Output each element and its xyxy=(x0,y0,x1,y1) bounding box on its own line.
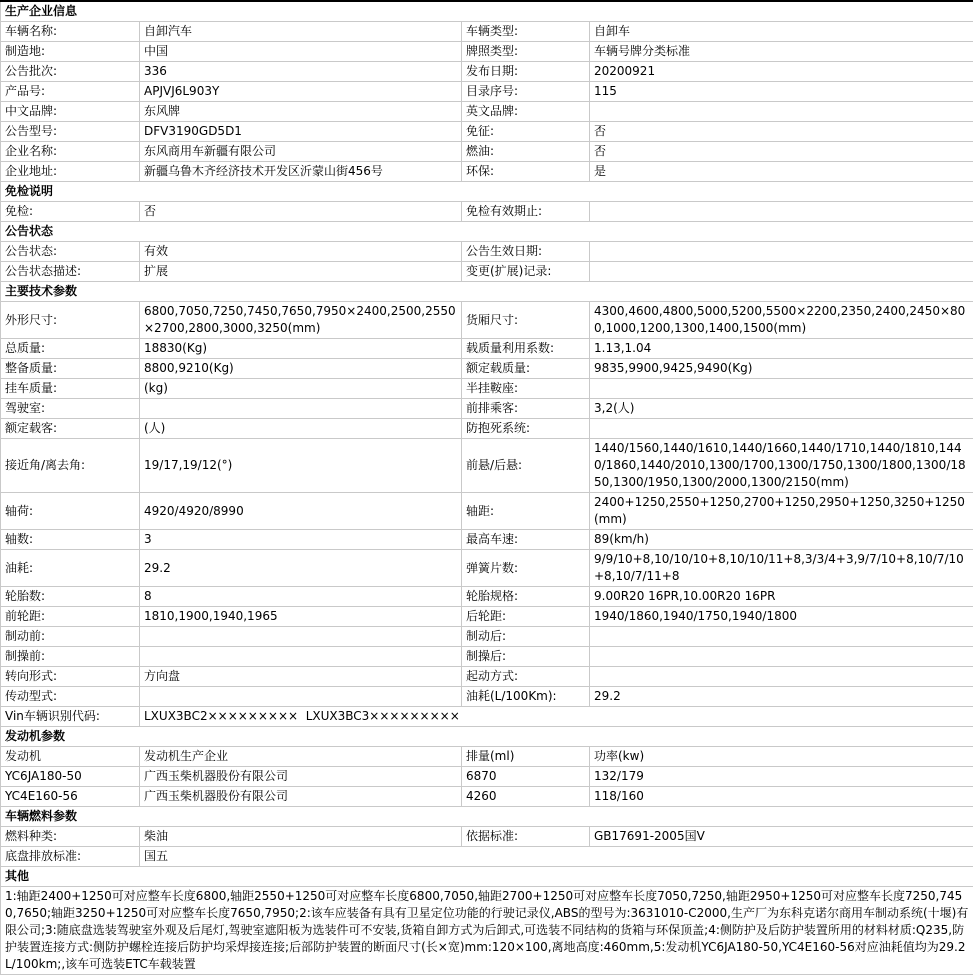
field-value: 29.2 xyxy=(590,687,973,707)
field-label: 免检有效期止: xyxy=(462,202,590,222)
table-row: 制动前:制动后: xyxy=(1,627,973,647)
table-row: 产品号:APJVJ6L903Y目录序号:115 xyxy=(1,82,973,102)
table-row: YC4E160-56广西玉柴机器股份有限公司4260118/160 xyxy=(1,787,973,807)
field-label: 底盘排放标准: xyxy=(1,847,140,867)
field-label: 总质量: xyxy=(1,339,140,359)
field-label: 中文品牌: xyxy=(1,102,140,122)
field-label: 公告状态: xyxy=(1,242,140,262)
table-row: 企业名称:东风商用车新疆有限公司燃油:否 xyxy=(1,142,973,162)
field-value xyxy=(590,102,973,122)
field-value: 336 xyxy=(140,62,462,82)
table-row: 车辆名称:自卸汽车车辆类型:自卸车 xyxy=(1,22,973,42)
field-label: 制操后: xyxy=(462,647,590,667)
field-value: 东风商用车新疆有限公司 xyxy=(140,142,462,162)
field-value: 9.00R20 16PR,10.00R20 16PR xyxy=(590,587,973,607)
field-value: 国五 xyxy=(140,847,973,867)
field-label: 制动前: xyxy=(1,627,140,647)
field-label: 后轮距: xyxy=(462,607,590,627)
field-value: 1940/1860,1940/1750,1940/1800 xyxy=(590,607,973,627)
field-label: 前排乘客: xyxy=(462,399,590,419)
field-value: 6870 xyxy=(462,767,590,787)
field-value: LXUX3BC2××××××××× LXUX3BC3××××××××× xyxy=(140,707,973,727)
field-value xyxy=(140,627,462,647)
field-value: 车辆号牌分类标准 xyxy=(590,42,973,62)
table-row: 接近角/离去角:19/17,19/12(°)前悬/后悬:1440/1560,14… xyxy=(1,439,973,493)
table-row: 中文品牌:东风牌英文品牌: xyxy=(1,102,973,122)
table-row: 轴荷:4920/4920/8990轴距:2400+1250,2550+1250,… xyxy=(1,493,973,530)
section-title: 车辆燃料参数 xyxy=(1,807,973,827)
field-label: 变更(扩展)记录: xyxy=(462,262,590,282)
field-value: 18830(Kg) xyxy=(140,339,462,359)
section-title: 免检说明 xyxy=(1,182,973,202)
table-row: 底盘排放标准:国五 xyxy=(1,847,973,867)
field-label: 轴数: xyxy=(1,530,140,550)
field-value: YC6JA180-50 xyxy=(1,767,140,787)
field-label: 公告批次: xyxy=(1,62,140,82)
field-value: 3 xyxy=(140,530,462,550)
field-label: 车辆类型: xyxy=(462,22,590,42)
vehicle-announcement-page: 生产企业信息车辆名称:自卸汽车车辆类型:自卸车制造地:中国牌照类型:车辆号牌分类… xyxy=(0,0,973,975)
column-header: 发动机 xyxy=(1,747,140,767)
vehicle-spec-table: 生产企业信息车辆名称:自卸汽车车辆类型:自卸车制造地:中国牌照类型:车辆号牌分类… xyxy=(0,0,973,975)
field-label: 免检: xyxy=(1,202,140,222)
field-label: 企业名称: xyxy=(1,142,140,162)
table-row: 公告状态描述:扩展变更(扩展)记录: xyxy=(1,262,973,282)
field-value: 否 xyxy=(590,142,973,162)
field-label: 额定载客: xyxy=(1,419,140,439)
field-value xyxy=(590,419,973,439)
field-label: 制操前: xyxy=(1,647,140,667)
table-row: 转向形式:方向盘起动方式: xyxy=(1,667,973,687)
field-label: 挂车质量: xyxy=(1,379,140,399)
field-value: 否 xyxy=(140,202,462,222)
field-value: 8800,9210(Kg) xyxy=(140,359,462,379)
field-value: 自卸车 xyxy=(590,22,973,42)
field-label: 免征: xyxy=(462,122,590,142)
field-label: 制造地: xyxy=(1,42,140,62)
field-label: 燃油: xyxy=(462,142,590,162)
field-value: 6800,7050,7250,7450,7650,7950×2400,2500,… xyxy=(140,302,462,339)
field-value: 4300,4600,4800,5000,5200,5500×2200,2350,… xyxy=(590,302,973,339)
field-value: 29.2 xyxy=(140,550,462,587)
field-value xyxy=(590,627,973,647)
section-title: 公告状态 xyxy=(1,222,973,242)
field-value xyxy=(590,202,973,222)
field-value: 有效 xyxy=(140,242,462,262)
field-value: 89(km/h) xyxy=(590,530,973,550)
field-value: 9/9/10+8,10/10/10+8,10/10/11+8,3/3/4+3,9… xyxy=(590,550,973,587)
field-value: 是 xyxy=(590,162,973,182)
field-value: DFV3190GD5D1 xyxy=(140,122,462,142)
field-label: 货厢尺寸: xyxy=(462,302,590,339)
section-title: 其他 xyxy=(1,867,973,887)
field-label: 轮胎数: xyxy=(1,587,140,607)
field-label: 企业地址: xyxy=(1,162,140,182)
field-label: 载质量利用系数: xyxy=(462,339,590,359)
section-header-row: 生产企业信息 xyxy=(1,1,973,22)
field-label: 车辆名称: xyxy=(1,22,140,42)
field-label: 公告生效日期: xyxy=(462,242,590,262)
other-notes: 1:轴距2400+1250可对应整车长度6800,轴距2550+1250可对应整… xyxy=(1,887,973,975)
field-value xyxy=(590,262,973,282)
table-row: 发动机发动机生产企业排量(ml)功率(kw) xyxy=(1,747,973,767)
table-row: 总质量:18830(Kg)载质量利用系数:1.13,1.04 xyxy=(1,339,973,359)
field-label: 外形尺寸: xyxy=(1,302,140,339)
table-row: 1:轴距2400+1250可对应整车长度6800,轴距2550+1250可对应整… xyxy=(1,887,973,975)
field-value xyxy=(590,667,973,687)
table-row: 驾驶室:前排乘客:3,2(人) xyxy=(1,399,973,419)
field-label: 防抱死系统: xyxy=(462,419,590,439)
table-row: 轮胎数:8轮胎规格:9.00R20 16PR,10.00R20 16PR xyxy=(1,587,973,607)
field-value: (kg) xyxy=(140,379,462,399)
field-label: 发布日期: xyxy=(462,62,590,82)
field-label: 半挂鞍座: xyxy=(462,379,590,399)
field-label: 接近角/离去角: xyxy=(1,439,140,493)
field-label: Vin车辆识别代码: xyxy=(1,707,140,727)
field-value xyxy=(590,242,973,262)
field-label: 油耗: xyxy=(1,550,140,587)
field-label: 产品号: xyxy=(1,82,140,102)
field-value xyxy=(590,379,973,399)
field-label: 轮胎规格: xyxy=(462,587,590,607)
field-label: 传动型式: xyxy=(1,687,140,707)
field-value: 否 xyxy=(590,122,973,142)
table-row: 公告批次:336发布日期:20200921 xyxy=(1,62,973,82)
field-value: APJVJ6L903Y xyxy=(140,82,462,102)
section-header-row: 免检说明 xyxy=(1,182,973,202)
table-row: 制操前:制操后: xyxy=(1,647,973,667)
field-value: 中国 xyxy=(140,42,462,62)
table-row: 企业地址:新疆乌鲁木齐经济技术开发区沂蒙山街456号环保:是 xyxy=(1,162,973,182)
table-row: 轴数:3最高车速:89(km/h) xyxy=(1,530,973,550)
field-label: 公告型号: xyxy=(1,122,140,142)
field-value: 柴油 xyxy=(140,827,462,847)
field-value: 扩展 xyxy=(140,262,462,282)
field-label: 环保: xyxy=(462,162,590,182)
field-value: 1810,1900,1940,1965 xyxy=(140,607,462,627)
field-value: 自卸汽车 xyxy=(140,22,462,42)
table-row: 整备质量:8800,9210(Kg)额定载质量:9835,9900,9425,9… xyxy=(1,359,973,379)
field-value: 东风牌 xyxy=(140,102,462,122)
field-label: 弹簧片数: xyxy=(462,550,590,587)
field-label: 公告状态描述: xyxy=(1,262,140,282)
field-label: 轴荷: xyxy=(1,493,140,530)
field-label: 牌照类型: xyxy=(462,42,590,62)
table-row: 燃料种类:柴油依据标准:GB17691-2005国Ⅴ xyxy=(1,827,973,847)
field-value: 1440/1560,1440/1610,1440/1660,1440/1710,… xyxy=(590,439,973,493)
field-label: 前悬/后悬: xyxy=(462,439,590,493)
field-value: 广西玉柴机器股份有限公司 xyxy=(140,767,462,787)
table-row: YC6JA180-50广西玉柴机器股份有限公司6870132/179 xyxy=(1,767,973,787)
field-value: 4260 xyxy=(462,787,590,807)
field-label: 最高车速: xyxy=(462,530,590,550)
section-header-row: 主要技术参数 xyxy=(1,282,973,302)
table-row: 公告状态:有效公告生效日期: xyxy=(1,242,973,262)
table-row: 前轮距:1810,1900,1940,1965后轮距:1940/1860,194… xyxy=(1,607,973,627)
field-label: 额定载质量: xyxy=(462,359,590,379)
field-label: 制动后: xyxy=(462,627,590,647)
field-label: 依据标准: xyxy=(462,827,590,847)
field-value: 3,2(人) xyxy=(590,399,973,419)
field-label: 轴距: xyxy=(462,493,590,530)
section-header-row: 公告状态 xyxy=(1,222,973,242)
table-row: 制造地:中国牌照类型:车辆号牌分类标准 xyxy=(1,42,973,62)
field-value: 19/17,19/12(°) xyxy=(140,439,462,493)
field-value: GB17691-2005国Ⅴ xyxy=(590,827,973,847)
field-label: 转向形式: xyxy=(1,667,140,687)
field-value: 新疆乌鲁木齐经济技术开发区沂蒙山街456号 xyxy=(140,162,462,182)
table-row: 油耗:29.2弹簧片数:9/9/10+8,10/10/10+8,10/10/11… xyxy=(1,550,973,587)
field-label: 燃料种类: xyxy=(1,827,140,847)
field-value: 1.13,1.04 xyxy=(590,339,973,359)
field-value: 115 xyxy=(590,82,973,102)
section-title: 生产企业信息 xyxy=(1,1,973,22)
field-label: 英文品牌: xyxy=(462,102,590,122)
field-value: YC4E160-56 xyxy=(1,787,140,807)
field-value: 132/179 xyxy=(590,767,973,787)
field-value: 8 xyxy=(140,587,462,607)
field-value: 4920/4920/8990 xyxy=(140,493,462,530)
table-row: 公告型号:DFV3190GD5D1免征:否 xyxy=(1,122,973,142)
column-header: 功率(kw) xyxy=(590,747,973,767)
section-header-row: 发动机参数 xyxy=(1,727,973,747)
column-header: 发动机生产企业 xyxy=(140,747,462,767)
column-header: 排量(ml) xyxy=(462,747,590,767)
section-header-row: 其他 xyxy=(1,867,973,887)
field-value: 118/160 xyxy=(590,787,973,807)
field-value xyxy=(590,647,973,667)
table-row: 额定载客:(人)防抱死系统: xyxy=(1,419,973,439)
field-value: (人) xyxy=(140,419,462,439)
field-label: 前轮距: xyxy=(1,607,140,627)
field-value xyxy=(140,647,462,667)
field-label: 油耗(L/100Km): xyxy=(462,687,590,707)
field-value xyxy=(140,687,462,707)
field-label: 驾驶室: xyxy=(1,399,140,419)
field-value xyxy=(140,399,462,419)
section-title: 主要技术参数 xyxy=(1,282,973,302)
table-row: 免检:否免检有效期止: xyxy=(1,202,973,222)
field-value: 广西玉柴机器股份有限公司 xyxy=(140,787,462,807)
field-label: 整备质量: xyxy=(1,359,140,379)
section-title: 发动机参数 xyxy=(1,727,973,747)
table-row: 挂车质量:(kg)半挂鞍座: xyxy=(1,379,973,399)
field-value: 2400+1250,2550+1250,2700+1250,2950+1250,… xyxy=(590,493,973,530)
table-row: Vin车辆识别代码:LXUX3BC2××××××××× LXUX3BC3××××… xyxy=(1,707,973,727)
table-row: 外形尺寸:6800,7050,7250,7450,7650,7950×2400,… xyxy=(1,302,973,339)
field-label: 目录序号: xyxy=(462,82,590,102)
table-row: 传动型式:油耗(L/100Km):29.2 xyxy=(1,687,973,707)
field-value: 方向盘 xyxy=(140,667,462,687)
field-value: 9835,9900,9425,9490(Kg) xyxy=(590,359,973,379)
field-value: 20200921 xyxy=(590,62,973,82)
section-header-row: 车辆燃料参数 xyxy=(1,807,973,827)
field-label: 起动方式: xyxy=(462,667,590,687)
